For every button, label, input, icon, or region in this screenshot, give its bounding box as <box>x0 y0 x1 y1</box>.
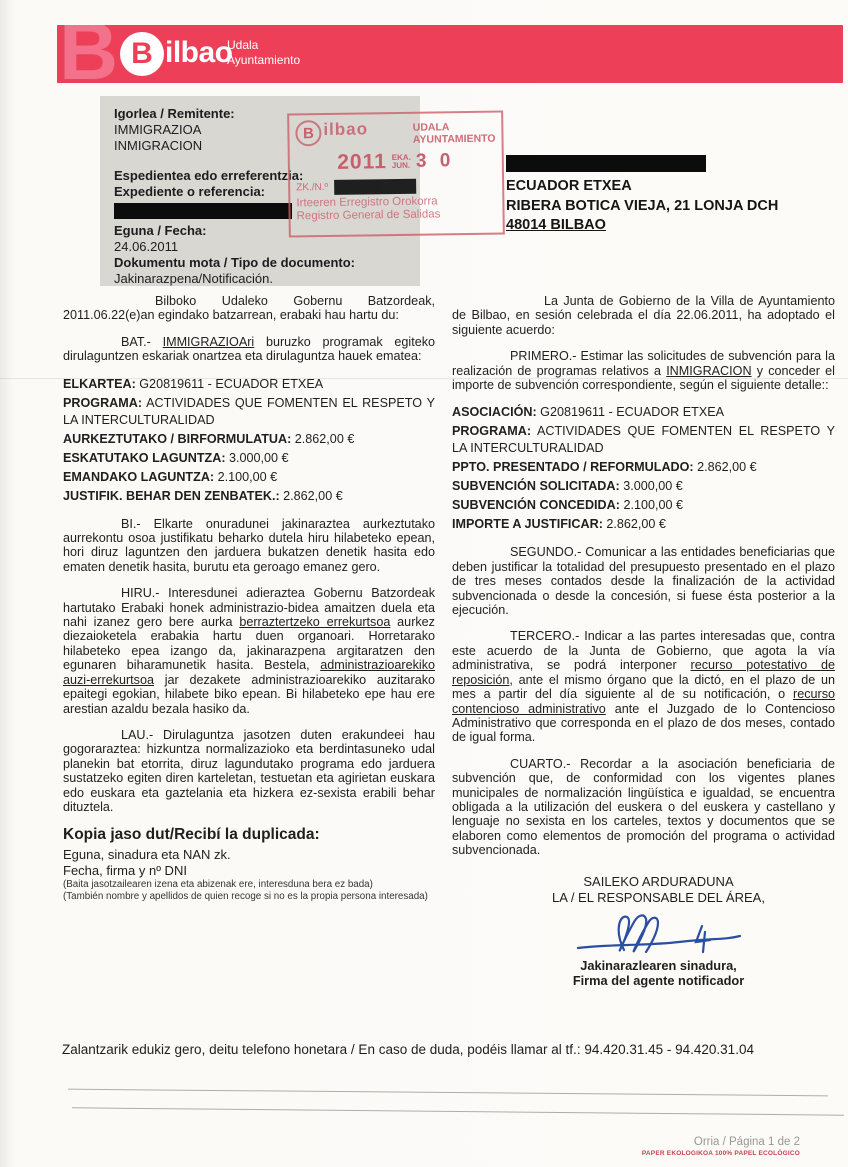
grant-details-basque: ELKARTEA: G20819611 - ECUADOR ETXEA PROG… <box>63 376 435 505</box>
right-column-spanish: La Junta de Gobierno de la Villa de Ayun… <box>452 294 835 989</box>
stamp-logo-letter: B <box>303 125 314 142</box>
detail-row: JUSTIFIK. BEHAR DEN ZENBATEK.: 2.862,00 … <box>63 488 435 505</box>
left-column-basque: Bilboko Udaleko Gobernu Batzordeak, 2011… <box>63 294 435 903</box>
stamp-reference-row: ZK./N.º <box>296 178 502 196</box>
stamp-day: 3 0 <box>416 150 455 173</box>
section-bat: BAT.- IMMIGRAZIOAri buruzko programak eg… <box>63 335 435 364</box>
section-lau: LAU.- Dirulaguntza jasotzen duten erakun… <box>63 728 435 814</box>
signature-icon <box>574 908 744 958</box>
section-bi: BI.- Elkarte onuradunei jakinaraztea aur… <box>63 517 435 575</box>
detail-row: PPTO. PRESENTADO / REFORMULADO: 2.862,00… <box>452 459 835 476</box>
footer-rule-line <box>72 1107 844 1115</box>
detail-row: SUBVENCIÓN CONCEDIDA: 2.100,00 € <box>452 497 835 514</box>
doctype-label: Dokumentu mota / Tipo de documento: <box>114 255 420 271</box>
detail-row: AURKEZTUTAKO / BIRFORMULATUA: 2.862,00 € <box>63 431 435 448</box>
document-page: B B ilbao Udala Ayuntamiento Igorlea / R… <box>0 0 848 1167</box>
stamp-registry-lines: Irteeren Erregistro Orokorra Registro Ge… <box>296 195 502 224</box>
footer-rule-line <box>68 1089 828 1097</box>
recipient-name: ECUADOR ETXEA <box>506 177 841 197</box>
bilbao-logo-icon: B <box>120 32 164 76</box>
header-subtitle-spanish: Ayuntamiento <box>227 53 300 68</box>
detail-row: SUBVENCIÓN SOLICITADA: 3.000,00 € <box>452 478 835 495</box>
bilbao-header-banner: B B ilbao Udala Ayuntamiento <box>57 25 843 83</box>
recipient-block: ECUADOR ETXEA RIBERA BOTICA VIEJA, 21 LO… <box>506 155 841 236</box>
signature-caption-spanish: Firma del agente notificador <box>482 973 835 989</box>
stamp-logo-word: ilbao <box>323 119 368 140</box>
doctype-value: Jakinarazpena/Notificación. <box>114 271 420 287</box>
section-cuarto: CUARTO.- Recordar a la asociación benefi… <box>452 757 835 858</box>
section-tercero: TERCERO.- Indicar a las partes interesad… <box>452 629 835 744</box>
receipt-note-basque: (Baita jasotzailearen izena eta abizenak… <box>63 879 435 891</box>
intro-paragraph-spanish: La Junta de Gobierno de la Villa de Ayun… <box>452 294 835 337</box>
intro-paragraph-basque: Bilboko Udaleko Gobernu Batzordeak, 2011… <box>63 294 435 323</box>
contact-phone-note: Zalantzarik edukiz gero, deitu telefono … <box>62 1040 804 1060</box>
section-hiru: HIRU.- Interesdunei adieraztea Gobernu B… <box>63 586 435 716</box>
stamp-month-spanish: JUN. <box>392 162 411 171</box>
redaction-bar <box>334 179 416 195</box>
stamp-bilbao-logo-icon: B <box>295 120 321 146</box>
ecological-paper-label: PAPER EKOLOGIKOA 100% PAPEL ECOLÓGICO <box>560 1150 800 1157</box>
signature-caption-basque: Jakinarazlearen sinadura, <box>482 958 835 974</box>
signature-block: SAILEKO ARDURADUNA LA / EL RESPONSABLE D… <box>452 874 835 989</box>
stamp-reference-label: ZK./N.º <box>296 182 328 193</box>
detail-row: ESKATUTAKO LAGUNTZA: 3.000,00 € <box>63 450 435 467</box>
stamp-title: UDALA AYUNTAMIENTO <box>413 118 496 146</box>
bilbao-logo-letter: B <box>131 37 153 71</box>
bilbao-logo-word: ilbao <box>165 36 233 70</box>
detail-row: ASOCIACIÓN: G20819611 - ECUADOR ETXEA <box>452 404 835 421</box>
stamp-month: EKA. JUN. <box>392 153 411 170</box>
scan-fold-crease <box>0 378 848 379</box>
date-value: 24.06.2011 <box>114 239 420 255</box>
detail-row: PROGRAMA: ACTIVIDADES QUE FOMENTEN EL RE… <box>63 395 435 429</box>
page-number-label: Orria / Página 1 de 2 <box>590 1136 800 1148</box>
grant-details-spanish: ASOCIACIÓN: G20819611 - ECUADOR ETXEA PR… <box>452 404 835 533</box>
header-subtitle: Udala Ayuntamiento <box>227 38 300 68</box>
receipt-title: Kopia jaso dut/Recibí la duplicada: <box>63 828 435 842</box>
receipt-note-spanish: (También nombre y apellidos de quien rec… <box>63 891 435 903</box>
stamp-year: 2011 <box>337 150 387 175</box>
signer-title-spanish: LA / EL RESPONSABLE DEL ÁREA, <box>482 890 835 906</box>
detail-row: EMANDAKO LAGUNTZA: 2.100,00 € <box>63 469 435 486</box>
recipient-address: RIBERA BOTICA VIEJA, 21 LONJA DCH <box>506 197 841 217</box>
recipient-city: 48014 BILBAO <box>506 216 841 236</box>
bat-text: BAT.- <box>121 335 163 349</box>
signer-title-basque: SAILEKO ARDURADUNA <box>482 874 835 890</box>
section-segundo: SEGUNDO.- Comunicar a las entidades bene… <box>452 545 835 617</box>
registry-stamp: B ilbao UDALA AYUNTAMIENTO 2011 EKA. JUN… <box>287 110 505 237</box>
redaction-bar <box>114 203 292 219</box>
section-primero: PRIMERO.- Estimar las solicitudes de sub… <box>452 349 835 392</box>
detail-row: IMPORTE A JUSTIFICAR: 2.862,00 € <box>452 516 835 533</box>
stamp-title-line2: AYUNTAMIENTO <box>413 133 496 146</box>
bat-underlined: IMMIGRAZIOAri <box>163 335 255 349</box>
stamp-date: 2011 EKA. JUN. 3 0 <box>290 149 502 176</box>
stamp-registry-spanish: Registro General de Salidas <box>296 208 502 224</box>
redaction-bar <box>506 155 706 172</box>
header-subtitle-basque: Udala <box>227 38 300 53</box>
detail-row: PROGRAMA: ACTIVIDADES QUE FOMENTEN EL RE… <box>452 423 835 457</box>
receipt-line-basque: Eguna, sinadura eta NAN zk. <box>63 847 435 863</box>
receipt-line-spanish: Fecha, firma y nº DNI <box>63 863 435 879</box>
receipt-block: Kopia jaso dut/Recibí la duplicada: Egun… <box>63 828 435 902</box>
bilbao-watermark-letter-icon: B <box>59 25 118 83</box>
